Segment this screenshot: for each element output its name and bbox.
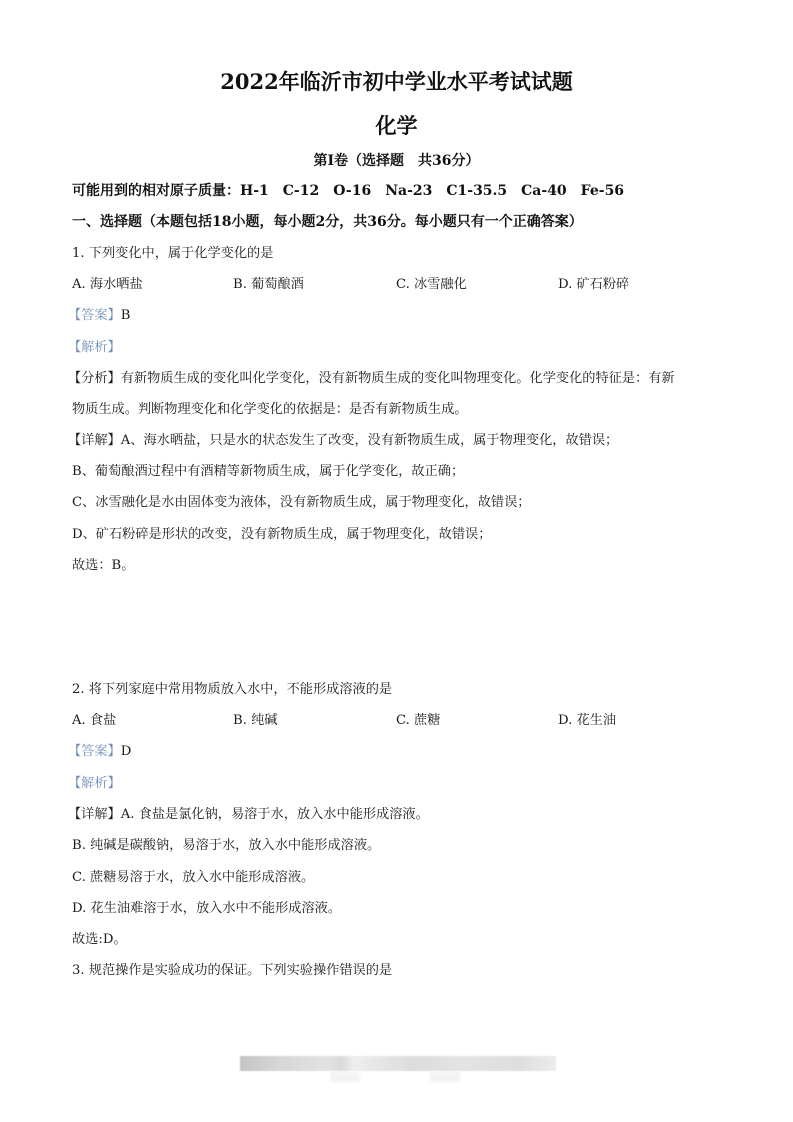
question-1-stem: 1. 下列变化中，属于化学变化的是: [72, 245, 273, 263]
blurred-footer-mark: [430, 1072, 460, 1082]
q1-option-d: D. 矿石粉碎: [558, 276, 629, 294]
blurred-footer-mark: [330, 1072, 360, 1082]
q1-detail-d: D、矿石粉碎是形状的改变，没有新物质生成，属于物理变化，故错误；: [72, 526, 491, 544]
analysis-label: 【解析】: [68, 340, 121, 355]
part-one-heading: 一、选择题（本题包括18小题，每小题2分，共36分。每小题只有一个正确答案）: [72, 213, 583, 231]
q2-option-b: B. 纯碱: [233, 712, 277, 730]
q2-detail-b: B. 纯碱是碳酸钠，易溶于水，放入水中能形成溶液。: [72, 837, 380, 855]
q2-detail: 【详解】A. 食盐是氯化钠，易溶于水，放入水中能形成溶液。: [68, 806, 429, 824]
q2-analysis: 【解析】: [68, 775, 121, 793]
q2-answer: 【答案】D: [68, 743, 131, 761]
q1-analysis: 【解析】: [68, 339, 121, 357]
answer-label: 【答案】: [68, 744, 121, 759]
section-title: 第I卷（选择题 共36分）: [0, 150, 793, 170]
q1-detail-b: B、葡萄酿酒过程中有酒精等新物质生成，属于化学变化，故正确；: [72, 463, 464, 481]
exam-page: 2022年临沂市初中学业水平考试试题 化学 第I卷（选择题 共36分） 可能用到…: [0, 0, 793, 1122]
q1-fenxi: 【分析】有新物质生成的变化叫化学变化，没有新物质生成的变化叫物理变化。化学变化的…: [68, 370, 675, 388]
q1-detail: 【详解】A、海水晒盐，只是水的状态发生了改变，没有新物质生成，属于物理变化，故错…: [68, 432, 618, 450]
answer-label: 【答案】: [68, 308, 121, 323]
q2-option-a: A. 食盐: [72, 712, 116, 730]
question-3-stem: 3. 规范操作是实验成功的保证。下列实验操作错误的是: [72, 962, 392, 980]
q1-conclusion: 故选：B。: [72, 557, 134, 575]
answer-value: B: [121, 308, 131, 323]
q1-detail-c: C、冰雪融化是水由固体变为液体，没有新物质生成，属于物理变化，故错误；: [72, 494, 530, 512]
analysis-label: 【解析】: [68, 776, 121, 791]
detail-label: 【详解】: [68, 807, 121, 822]
q1-answer: 【答案】B: [68, 307, 130, 325]
q2-detail-c: C. 蔗糖易溶于水，放入水中能形成溶液。: [72, 869, 314, 887]
answer-value: D: [121, 744, 132, 759]
question-2-stem: 2. 将下列家庭中常用物质放入水中，不能形成溶液的是: [72, 681, 392, 699]
q2-option-c: C. 蔗糖: [396, 712, 440, 730]
q1-option-b: B. 葡萄酿酒: [233, 276, 304, 294]
q1-option-c: C. 冰雪融化: [396, 276, 467, 294]
atomic-masses: 可能用到的相对原子质量：H-1 C-12 O-16 Na-23 C1-35.5 …: [72, 182, 624, 200]
fenxi-label: 【分析】: [68, 371, 121, 386]
q1-option-a: A. 海水晒盐: [72, 276, 143, 294]
subject-title: 化学: [0, 110, 793, 140]
blurred-footer-watermark: [240, 1056, 556, 1071]
q1-fenxi-cont: 物质生成。判断物理变化和化学变化的依据是：是否有新物质生成。: [72, 401, 468, 419]
q2-detail-d: D. 花生油难溶于水，放入水中不能形成溶液。: [72, 900, 341, 918]
q2-conclusion: 故选:D。: [72, 931, 127, 949]
exam-title: 2022年临沂市初中学业水平考试试题: [0, 66, 793, 96]
detail-label: 【详解】: [68, 433, 121, 448]
q2-option-d: D. 花生油: [558, 712, 616, 730]
